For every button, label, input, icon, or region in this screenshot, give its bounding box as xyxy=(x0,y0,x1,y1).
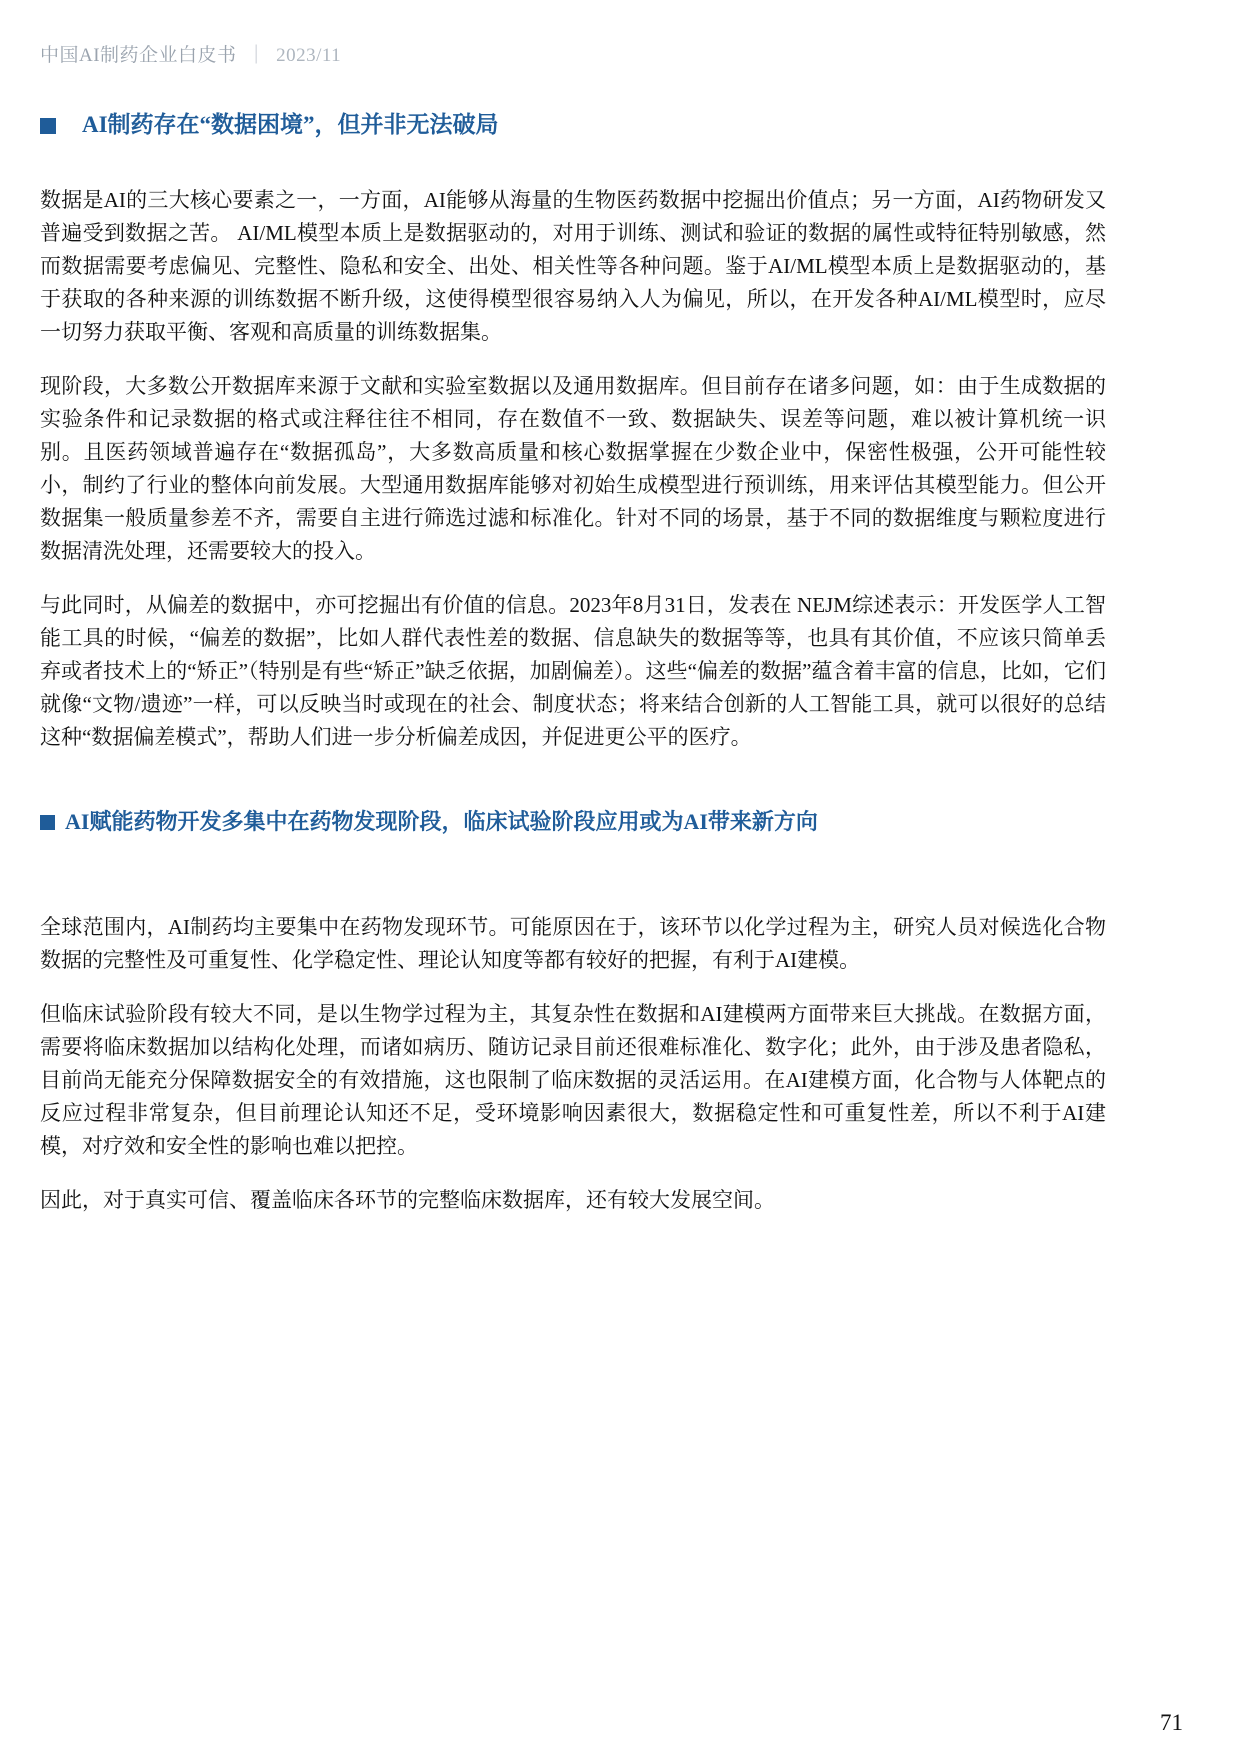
paragraph: 全球范围内，AI制药均主要集中在药物发现环节。可能原因在于，该环节以化学过程为主… xyxy=(40,911,1106,977)
page-number: 71 xyxy=(1160,1710,1183,1736)
header-separator: ｜ xyxy=(237,45,277,66)
section-heading-text: AI赋能药物开发多集中在药物发现阶段，临床试验阶段应用或为AI带来新方向 xyxy=(65,808,818,836)
document-page: 中国AI制药企业白皮书｜2023/11 AI制药存在“数据困境”，但并非无法破局… xyxy=(0,0,1239,1754)
section-heading-data-dilemma: AI制药存在“数据困境”，但并非无法破局 xyxy=(40,111,1106,140)
header-date: 2023/11 xyxy=(276,45,341,66)
paragraph: 与此同时，从偏差的数据中，亦可挖掘出有价值的信息。2023年8月31日，发表在 … xyxy=(40,589,1106,754)
paragraph: 现阶段，大多数公开数据库来源于文献和实验室数据以及通用数据库。但目前存在诸多问题… xyxy=(40,370,1106,568)
page-header: 中国AI制药企业白皮书｜2023/11 xyxy=(40,0,1106,67)
square-bullet-icon xyxy=(40,118,56,134)
header-title: 中国AI制药企业白皮书 xyxy=(40,45,237,66)
paragraph: 数据是AI的三大核心要素之一，一方面，AI能够从海量的生物医药数据中挖掘出价值点… xyxy=(40,184,1106,349)
paragraph: 但临床试验阶段有较大不同，是以生物学过程为主，其复杂性在数据和AI建模两方面带来… xyxy=(40,998,1106,1163)
square-bullet-icon xyxy=(40,815,55,830)
paragraph: 因此，对于真实可信、覆盖临床各环节的完整临床数据库，还有较大发展空间。 xyxy=(40,1184,1106,1217)
section-heading-drug-discovery: AI赋能药物开发多集中在药物发现阶段，临床试验阶段应用或为AI带来新方向 xyxy=(40,808,1106,836)
page-content: 中国AI制药企业白皮书｜2023/11 AI制药存在“数据困境”，但并非无法破局… xyxy=(40,0,1106,1217)
section-heading-text: AI制药存在“数据困境”，但并非无法破局 xyxy=(82,111,499,140)
